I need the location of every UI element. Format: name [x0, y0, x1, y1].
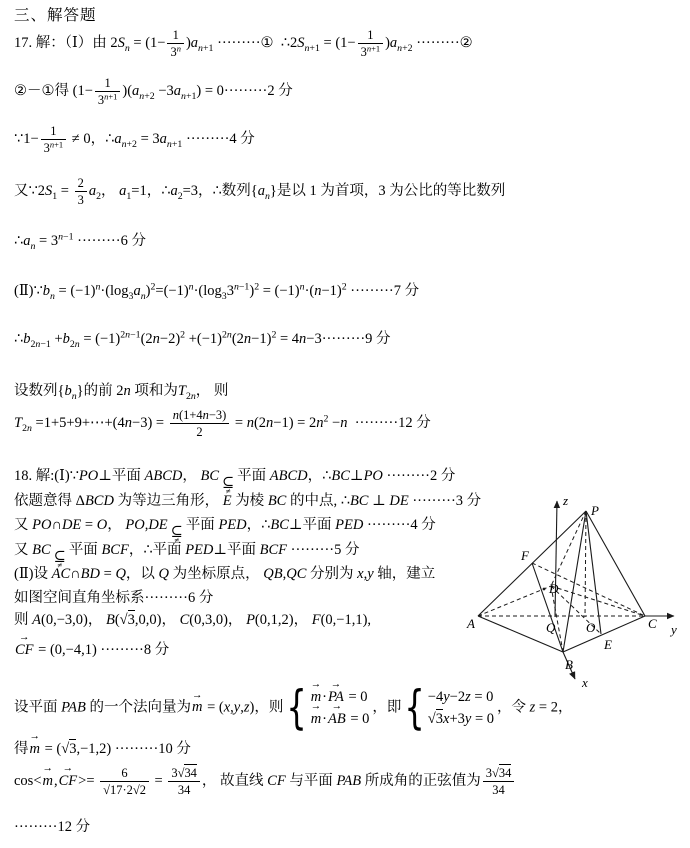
line-18-coordinates: 则 A(0,−3,0)， B(√3,0,0)， C(0,3,0)， P(0,1,… — [14, 611, 371, 629]
line-18-vector-cf: CF = (0,−4,1) ·········8 分 — [14, 641, 169, 659]
solution-document: 三、解答题 17. 解：（Ⅰ）由 2Sn = (1−13n)an+1 ·····… — [0, 0, 690, 848]
point-D-dot — [543, 588, 546, 591]
line-17-step4: 又∵2S1 = 23a2， a1=1，∴a2=3，∴数列{an}是以 1 为首项… — [14, 176, 505, 208]
axis-label-x: x — [581, 675, 588, 690]
line-17-step6: (Ⅱ)∵bn = (−1)n·(log3an)2=(−1)n·(log33n−1… — [14, 282, 419, 300]
line-18-step3: 又 PO∩DE = O， PO,DE⊆≠平面 PED，∴BC⊥平面 PED ··… — [14, 516, 436, 544]
z-axis — [555, 501, 557, 617]
edge-PC — [586, 511, 645, 616]
vertex-label-C: C — [648, 616, 657, 631]
vertex-label-O: O — [586, 620, 596, 635]
line-18-step6: 如图空间直角坐标系·········6 分 — [14, 589, 213, 607]
line-17-step5: ∴an = 3n−1 ·········6 分 — [14, 232, 146, 250]
line-17-step7: ∴b2n−1 +b2n = (−1)2n−1(2n−2)2 +(−1)2n(2n… — [14, 330, 391, 348]
axis-label-z: z — [562, 493, 568, 508]
line-18-step1: 18. 解:(Ⅰ)∵PO⊥平面 ABCD， BC⊆≠平面 ABCD，∴BC⊥PO… — [14, 467, 455, 495]
line-18-normal-result: 得m = (√3,−1,2) ·········10 分 — [14, 740, 191, 758]
axis-label-y: y — [669, 622, 677, 637]
vertex-label-B: B — [565, 657, 573, 672]
line-18-final-mark: ·········12 分 — [14, 818, 90, 836]
edge-PB — [563, 511, 586, 652]
line-17-step8: 设数列{bn}的前 2n 项和为T2n， 则 — [14, 382, 228, 400]
figure-pyramid-coordinate: P A B C D E F Q O x y z — [466, 477, 690, 709]
vertex-label-Q: Q — [546, 620, 556, 635]
line-17-step3: ∵1−13n+1 ≠ 0，∴an+2 = 3an+1 ·········4 分 — [14, 124, 255, 156]
line-18-cosine: cos<m,CF>= 6√17·2√2 = 3√3434， 故直线 CF 与平面… — [14, 766, 516, 798]
line-17-step9: T2n =1+5+9+⋯+(4n−3) = n(1+4n−3)2 = n(2n−… — [14, 408, 431, 440]
segment-PO — [585, 511, 586, 617]
vertex-label-F: F — [520, 548, 530, 563]
line-18-step5: (Ⅱ)设 AC∩BD = Q，以 Q 为坐标原点， QB,QC 分别为 x,y … — [14, 565, 435, 583]
edge-FB — [532, 563, 563, 652]
line-17-step1: 17. 解：（Ⅰ）由 2Sn = (1−13n)an+1 ·········① … — [14, 28, 473, 60]
edge-AD — [478, 586, 551, 616]
vertex-label-D: D — [548, 581, 559, 596]
vertex-label-E: E — [603, 637, 612, 652]
section-title: 三、解答题 — [14, 6, 97, 25]
vertex-label-A: A — [466, 616, 475, 631]
line-17-step2: ②－①得 (1−13n+1)(an+2 −3an+1) = 0·········… — [14, 76, 293, 108]
vertex-label-P: P — [590, 503, 599, 518]
line-18-step2: 依题意得 ΔBCD 为等边三角形， E 为棱 BC 的中点, ∴BC ⊥ DE … — [14, 492, 481, 510]
